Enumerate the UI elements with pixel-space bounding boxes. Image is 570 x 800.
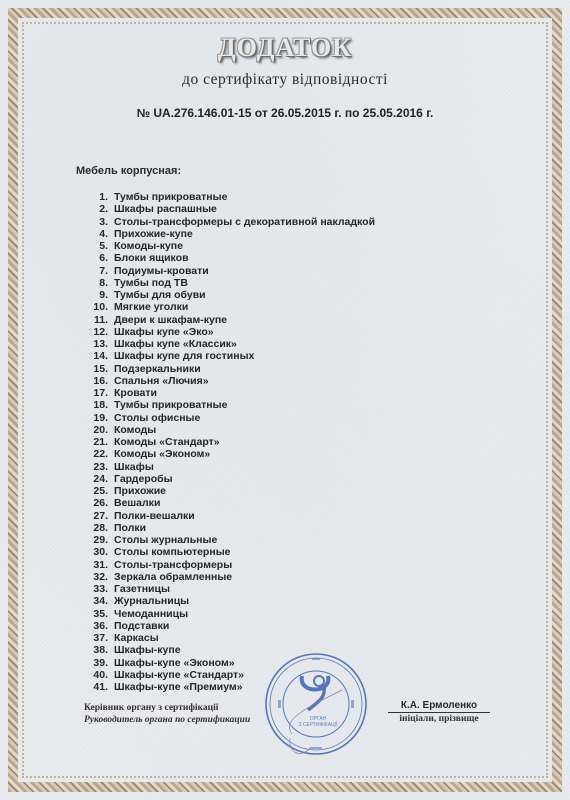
list-item-label: Каркасы	[114, 632, 159, 644]
list-item: 16.Спальня «Лючия»	[86, 375, 375, 387]
list-item-number: 31.	[86, 559, 108, 571]
list-item: 29.Столы журнальные	[86, 534, 375, 546]
list-item-number: 33.	[86, 583, 108, 595]
list-item-label: Столы журнальные	[114, 534, 217, 546]
list-item: 17.Кровати	[86, 387, 375, 399]
list-item: 34.Журнальницы	[86, 595, 375, 607]
list-item-number: 26.	[86, 497, 108, 509]
list-item-number: 23.	[86, 461, 108, 473]
list-item-number: 29.	[86, 534, 108, 546]
list-item-number: 13.	[86, 338, 108, 350]
list-item-number: 19.	[86, 412, 108, 424]
list-item-number: 14.	[86, 350, 108, 362]
list-item-number: 15.	[86, 363, 108, 375]
list-item-number: 17.	[86, 387, 108, 399]
list-item-number: 7.	[86, 265, 108, 277]
list-item: 6.Блоки ящиков	[86, 252, 375, 264]
list-item-label: Гардеробы	[114, 473, 173, 485]
list-item-number: 12.	[86, 326, 108, 338]
list-item-number: 36.	[86, 620, 108, 632]
list-item: 14.Шкафы купе для гостиных	[86, 350, 375, 362]
list-item: 3.Столы-трансформеры с декоративной накл…	[86, 216, 375, 228]
product-list: 1.Тумбы прикроватные2.Шкафы распашные3.С…	[86, 191, 375, 693]
list-item: 23.Шкафы	[86, 461, 375, 473]
list-item-label: Шкафы	[114, 461, 154, 473]
list-item-number: 8.	[86, 277, 108, 289]
list-item: 27.Полки-вешалки	[86, 510, 375, 522]
list-item-number: 24.	[86, 473, 108, 485]
signatory-block: К.А. Ермоленко ініціали, прізвище	[388, 700, 490, 725]
list-item: 36.Подставки	[86, 620, 375, 632]
list-item-label: Шкафы купе «Классик»	[114, 338, 237, 350]
list-item-number: 39.	[86, 657, 108, 669]
list-item-number: 21.	[86, 436, 108, 448]
list-item: 11.Двери к шкафам-купе	[86, 314, 375, 326]
list-item-label: Столы компьютерные	[114, 546, 231, 558]
list-item: 4.Прихожие-купе	[86, 228, 375, 240]
list-item-label: Шкафы-купе	[114, 644, 181, 656]
list-item-number: 28.	[86, 522, 108, 534]
list-item-number: 34.	[86, 595, 108, 607]
signatory-role: Керівник органу з сертифікації Руководит…	[84, 702, 250, 726]
list-item: 10.Мягкие уголки	[86, 301, 375, 313]
list-item-label: Шкафы-купе «Эконом»	[114, 657, 235, 669]
list-item: 8.Тумбы под ТВ	[86, 277, 375, 289]
certification-body-seal-icon: ОРГАН З СЕРТИФІКАЦІЇ	[262, 650, 370, 758]
list-item-label: Полки	[114, 522, 146, 534]
list-item-number: 10.	[86, 301, 108, 313]
list-item-number: 27.	[86, 510, 108, 522]
list-item-label: Комоды «Стандарт»	[114, 436, 220, 448]
list-item: 19.Столы офисные	[86, 412, 375, 424]
list-item-label: Шкафы купе для гостиных	[114, 350, 254, 362]
list-item-number: 18.	[86, 399, 108, 411]
list-item-label: Спальня «Лючия»	[114, 375, 209, 387]
stamp-text-2: З СЕРТИФІКАЦІЇ	[298, 721, 338, 728]
signatory-role-ru: Руководитель органа по сертификации	[84, 714, 250, 726]
list-item: 2.Шкафы распашные	[86, 203, 375, 215]
list-item-label: Вешалки	[114, 497, 160, 509]
list-item-number: 35.	[86, 608, 108, 620]
list-item-number: 30.	[86, 546, 108, 558]
list-item-label: Кровати	[114, 387, 157, 399]
list-item-label: Тумбы прикроватные	[114, 191, 227, 203]
list-item-label: Блоки ящиков	[114, 252, 189, 264]
signatory-name-caption: ініціали, прізвище	[388, 713, 490, 725]
certificate-appendix-page: ДОДАТОК до сертифікату відповідності № U…	[0, 0, 570, 800]
list-item: 1.Тумбы прикроватные	[86, 191, 375, 203]
document-subtitle: до сертифікату відповідності	[0, 71, 570, 89]
list-item-label: Шкафы распашные	[114, 203, 217, 215]
signatory-name: К.А. Ермоленко	[388, 700, 490, 713]
list-item: 25.Прихожие	[86, 485, 375, 497]
document-title: ДОДАТОК	[0, 33, 570, 63]
list-item-label: Прихожие-купе	[114, 228, 193, 240]
list-item-number: 25.	[86, 485, 108, 497]
list-item-number: 41.	[86, 681, 108, 693]
list-item-label: Полки-вешалки	[114, 510, 195, 522]
list-item-label: Подиумы-кровати	[114, 265, 209, 277]
list-item-number: 6.	[86, 252, 108, 264]
list-item: 9.Тумбы для обуви	[86, 289, 375, 301]
list-item: 33.Газетницы	[86, 583, 375, 595]
list-item-label: Столы офисные	[114, 412, 200, 424]
list-item: 15.Подзеркальники	[86, 363, 375, 375]
list-item: 22.Комоды «Эконом»	[86, 448, 375, 460]
list-item-label: Столы-трансформеры	[114, 559, 232, 571]
list-item-label: Подзеркальники	[114, 363, 201, 375]
list-item: 12.Шкафы купе «Эко»	[86, 326, 375, 338]
list-item: 26.Вешалки	[86, 497, 375, 509]
list-item-label: Столы-трансформеры с декоративной наклад…	[114, 216, 375, 228]
list-item: 21.Комоды «Стандарт»	[86, 436, 375, 448]
list-item-number: 38.	[86, 644, 108, 656]
list-item: 13.Шкафы купе «Классик»	[86, 338, 375, 350]
list-item-label: Двери к шкафам-купе	[114, 314, 227, 326]
list-item-number: 40.	[86, 669, 108, 681]
list-item-label: Комоды-купе	[114, 240, 183, 252]
list-item-label: Шкафы купе «Эко»	[114, 326, 214, 338]
list-item-number: 16.	[86, 375, 108, 387]
list-item-number: 37.	[86, 632, 108, 644]
list-item-label: Тумбы для обуви	[114, 289, 206, 301]
list-item-number: 2.	[86, 203, 108, 215]
list-item-number: 22.	[86, 448, 108, 460]
list-item-number: 32.	[86, 571, 108, 583]
list-item-label: Чемоданницы	[114, 608, 188, 620]
list-item-label: Прихожие	[114, 485, 166, 497]
list-item-number: 1.	[86, 191, 108, 203]
list-item-label: Зеркала обрамленные	[114, 571, 232, 583]
list-item-label: Газетницы	[114, 583, 170, 595]
list-item-label: Мягкие уголки	[114, 301, 188, 313]
list-item: 37.Каркасы	[86, 632, 375, 644]
list-item-label: Шкафы-купе «Стандарт»	[114, 669, 244, 681]
list-item: 7.Подиумы-кровати	[86, 265, 375, 277]
list-item: 20.Комоды	[86, 424, 375, 436]
section-heading: Мебель корпусная:	[76, 165, 181, 177]
list-item: 31.Столы-трансформеры	[86, 559, 375, 571]
list-item-number: 9.	[86, 289, 108, 301]
list-item: 24.Гардеробы	[86, 473, 375, 485]
list-item: 28.Полки	[86, 522, 375, 534]
list-item: 18.Тумбы прикроватные	[86, 399, 375, 411]
list-item-label: Комоды «Эконом»	[114, 448, 210, 460]
list-item-label: Комоды	[114, 424, 156, 436]
list-item: 32.Зеркала обрамленные	[86, 571, 375, 583]
list-item-label: Шкафы-купе «Премиум»	[114, 681, 243, 693]
list-item-label: Журнальницы	[114, 595, 189, 607]
list-item-number: 4.	[86, 228, 108, 240]
list-item-number: 11.	[86, 314, 108, 326]
list-item: 30.Столы компьютерные	[86, 546, 375, 558]
certificate-number: № UA.276.146.01-15 от 26.05.2015 г. по 2…	[0, 106, 570, 120]
list-item-number: 20.	[86, 424, 108, 436]
list-item-number: 3.	[86, 216, 108, 228]
signatory-role-ua: Керівник органу з сертифікації	[84, 702, 250, 714]
list-item-label: Тумбы под ТВ	[114, 277, 188, 289]
list-item-number: 5.	[86, 240, 108, 252]
list-item-label: Подставки	[114, 620, 169, 632]
list-item-label: Тумбы прикроватные	[114, 399, 227, 411]
list-item: 35.Чемоданницы	[86, 608, 375, 620]
list-item: 5.Комоды-купе	[86, 240, 375, 252]
